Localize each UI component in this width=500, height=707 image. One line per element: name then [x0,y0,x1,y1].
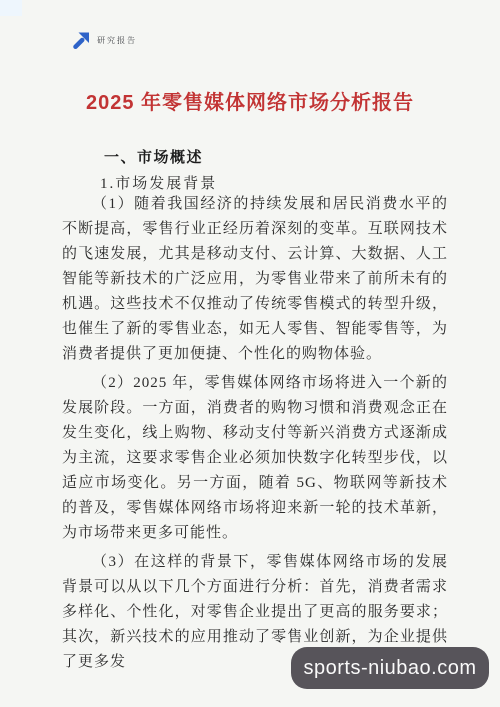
watermark-badge: sports-niubao.com [291,647,489,689]
logo-label: 研究报告 [97,35,137,46]
report-title: 2025 年零售媒体网络市场分析报告 [0,86,500,115]
arrow-up-right-icon [72,31,91,49]
section-heading: 一、市场概述 [104,146,203,167]
corner-patch [0,0,22,16]
watermark-text: sports-niubao.com [303,657,476,680]
sub-heading: 1.市场发展背景 [100,172,217,193]
paragraph-1: （1）随着我国经济的持续发展和居民消费水平的不断提高，零售行业正经历着深刻的变革… [62,192,448,367]
report-body: （1）随着我国经济的持续发展和居民消费水平的不断提高，零售行业正经历着深刻的变革… [62,192,448,679]
report-page: 研究报告 2025 年零售媒体网络市场分析报告 一、市场概述 1.市场发展背景 … [0,0,500,707]
logo: 研究报告 [72,31,137,49]
paragraph-2: （2）2025 年，零售媒体网络市场将进入一个新的发展阶段。一方面，消费者的购物… [62,371,448,546]
